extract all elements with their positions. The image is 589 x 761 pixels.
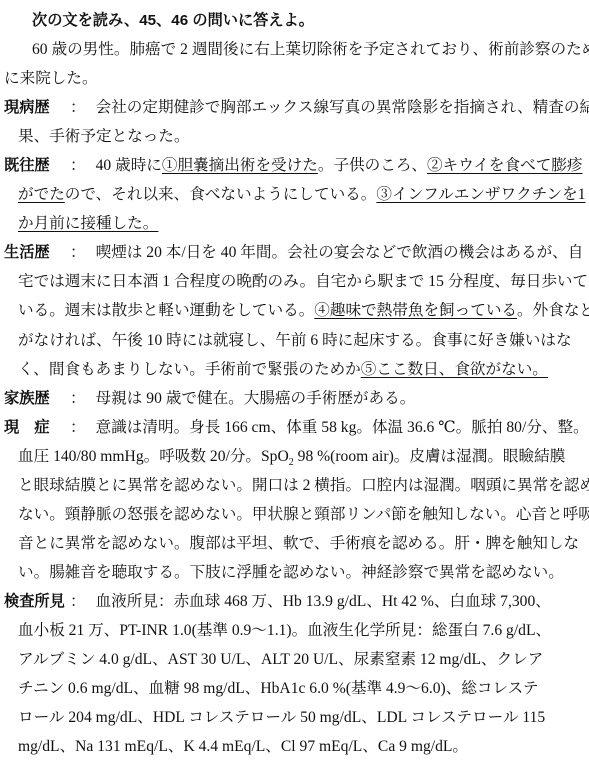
section-line: 現病歴：会社の定期健診で胸部エックス線写真の異常陰影を指摘され、精査の結 [4, 93, 583, 122]
section-label: 現 症 [4, 413, 70, 442]
text-segment: アルブミン 4.0 g/dL、AST 30 U/L、ALT 20 U/L、尿素窒… [18, 651, 543, 668]
text-segment: 宅では週末に日本酒 1 合程度の晩酌のみ。自宅から駅まで 15 分程度、毎日歩い… [18, 273, 588, 290]
text-line: 血小板 21 万、PT-INR 1.0(基準 0.9～1.1)。血液生化学所見：… [4, 616, 583, 645]
text-line: 血圧 140/80 mmHg。呼吸数 20/分。SpO2 98 %(room a… [4, 442, 583, 471]
text-segment: 果、手術予定となった。 [18, 128, 190, 145]
section-label: 家族歴 [4, 384, 70, 413]
text-segment: ので、それ以来、食べないようにしている。 [65, 186, 377, 203]
text-segment: 意識は清明。身長 166 cm、体重 58 kg。体温 36.6 ℃。脈拍 80… [96, 419, 589, 436]
text-segment: 喫煙は 20 本/日を 40 年間。会社の宴会などで飲酒の機会はあるが、自 [96, 244, 584, 261]
text-segment: と眼球結膜とに異常を認めない。開口は 2 横指。口腔内は湿潤。咽頭に異常を認め [18, 477, 589, 494]
section-label: 生活歴 [4, 238, 70, 267]
underlined-text: ①胆嚢摘出術を受けた [162, 157, 318, 174]
text-line: がでたので、それ以来、食べないようにしている。③インフルエンザワクチンを1 [4, 180, 583, 209]
text-segment: 。外食など [517, 302, 589, 319]
text-segment: く、間食もあまりしない。手術前で緊張のためか [18, 361, 361, 378]
text-segment: 血圧 140/80 mmHg。呼吸数 20/分。SpO [18, 448, 289, 465]
section-label: 検査所見 [4, 587, 70, 616]
section-line: 検査所見：血液所見：赤血球 468 万、Hb 13.9 g/dL、Ht 42 %… [4, 587, 583, 616]
section-label: 既往歴 [4, 151, 70, 180]
underlined-text: か月前に接種した。 [18, 215, 158, 232]
text-segment: ： [70, 390, 86, 407]
text-line: 果、手術予定となった。 [4, 122, 583, 151]
text-line: ロール 204 mg/dL、HDL コレステロール 50 mg/dL、LDL コ… [4, 703, 583, 732]
text-segment: がなければ、午後 10 時には就寝し、午前 6 時に起床する。食事に好き嫌いはな [18, 332, 572, 349]
underlined-text: ②キウイを食べて膨疹 [427, 157, 582, 174]
text-segment: ： [70, 419, 86, 436]
text-segment: mg/dL、Na 131 mEq/L、K 4.4 mEq/L、Cl 97 mEq… [18, 738, 468, 755]
section-line: 現 症：意識は清明。身長 166 cm、体重 58 kg。体温 36.6 ℃。脈… [4, 413, 583, 442]
text-line: いる。週末は散歩と軽い運動をしている。④趣味で熱帯魚を飼っている。外食など [4, 296, 583, 325]
text-line: 次の文を読み、45、46 の問いに答えよ。 [4, 6, 583, 35]
text-segment: い。腸雑音を聴取する。下肢に浮腫を認めない。神経診察で異常を認めない。 [18, 564, 564, 581]
exam-question-page: 次の文を読み、45、46 の問いに答えよ。60 歳の男性。肺癌で 2 週間後に右… [0, 0, 589, 761]
text-line: ない。頸静脈の怒張を認めない。甲状腺と頸部リンパ節を触知しない。心音と呼吸 [4, 500, 583, 529]
text-line: チニン 0.6 mg/dL、血糖 98 mg/dL、HbA1c 6.0 %(基準… [4, 674, 583, 703]
text-segment: 。子供のころ、 [318, 157, 427, 174]
text-segment: 98 %(room air)。皮膚は湿潤。眼瞼結膜 [294, 448, 566, 465]
text-line: く、間食もあまりしない。手術前で緊張のためか⑤ここ数日、食欲がない。 [4, 355, 583, 384]
text-line: 音とに異常を認めない。腹部は平坦、軟で、手術痕を認める。肝・脾を触知しな [4, 529, 583, 558]
section-label: 現病歴 [4, 93, 70, 122]
text-segment: 会社の定期健診で胸部エックス線写真の異常陰影を指摘され、精査の結 [96, 99, 589, 116]
text-segment: いる。週末は散歩と軽い運動をしている。 [18, 302, 314, 319]
text-segment: ： [70, 244, 86, 261]
document-body: 次の文を読み、45、46 の問いに答えよ。60 歳の男性。肺癌で 2 週間後に右… [4, 6, 583, 761]
text-segment: ： [70, 157, 86, 174]
text-line: アルブミン 4.0 g/dL、AST 30 U/L、ALT 20 U/L、尿素窒… [4, 645, 583, 674]
section-line: 生活歴：喫煙は 20 本/日を 40 年間。会社の宴会などで飲酒の機会はあるが、… [4, 238, 583, 267]
text-line: い。腸雑音を聴取する。下肢に浮腫を認めない。神経診察で異常を認めない。 [4, 558, 583, 587]
text-line: に来院した。 [4, 64, 583, 93]
text-segment: ： [70, 99, 86, 116]
text-line: 宅では週末に日本酒 1 合程度の晩酌のみ。自宅から駅まで 15 分程度、毎日歩い… [4, 267, 583, 296]
text-segment: ： [70, 593, 86, 610]
text-segment: ない。頸静脈の怒張を認めない。甲状腺と頸部リンパ節を触知しない。心音と呼吸 [18, 506, 589, 523]
text-line: と眼球結膜とに異常を認めない。開口は 2 横指。口腔内は湿潤。咽頭に異常を認め [4, 471, 583, 500]
text-segment: 40 歳時に [96, 157, 162, 174]
section-line: 既往歴：40 歳時に①胆嚢摘出術を受けた。子供のころ、②キウイを食べて膨疹 [4, 151, 583, 180]
text-line: か月前に接種した。 [4, 209, 583, 238]
text-segment: 60 歳の男性。肺癌で 2 週間後に右上葉切除術を予定されており、術前診察のため [32, 41, 589, 58]
section-line: 家族歴：母親は 90 歳で健在。大腸癌の手術歴がある。 [4, 384, 583, 413]
text-segment: 血液所見：赤血球 468 万、Hb 13.9 g/dL、Ht 42 %、白血球 … [96, 593, 551, 610]
text-line: mg/dL、Na 131 mEq/L、K 4.4 mEq/L、Cl 97 mEq… [4, 732, 583, 761]
underlined-text: ⑤ここ数日、食欲がない。 [361, 361, 548, 378]
text-line: 60 歳の男性。肺癌で 2 週間後に右上葉切除術を予定されており、術前診察のため [4, 35, 583, 64]
text-line: がなければ、午後 10 時には就寝し、午前 6 時に起床する。食事に好き嫌いはな [4, 326, 583, 355]
underlined-text: ③インフルエンザワクチンを1 [376, 186, 585, 203]
text-segment: 血小板 21 万、PT-INR 1.0(基準 0.9～1.1)。血液生化学所見：… [18, 622, 551, 639]
text-segment: チニン 0.6 mg/dL、血糖 98 mg/dL、HbA1c 6.0 %(基準… [18, 680, 539, 697]
underlined-text: がでた [18, 186, 65, 203]
text-segment: 音とに異常を認めない。腹部は平坦、軟で、手術痕を認める。肝・脾を触知しな [18, 535, 579, 552]
text-segment: 母親は 90 歳で健在。大腸癌の手術歴がある。 [96, 390, 416, 407]
text-segment: 次の文を読み、45、46 の問いに答えよ。 [32, 12, 314, 29]
text-segment: に来院した。 [4, 70, 98, 87]
text-segment: ロール 204 mg/dL、HDL コレステロール 50 mg/dL、LDL コ… [18, 709, 545, 726]
underlined-text: ④趣味で熱帯魚を飼っている [314, 302, 517, 319]
